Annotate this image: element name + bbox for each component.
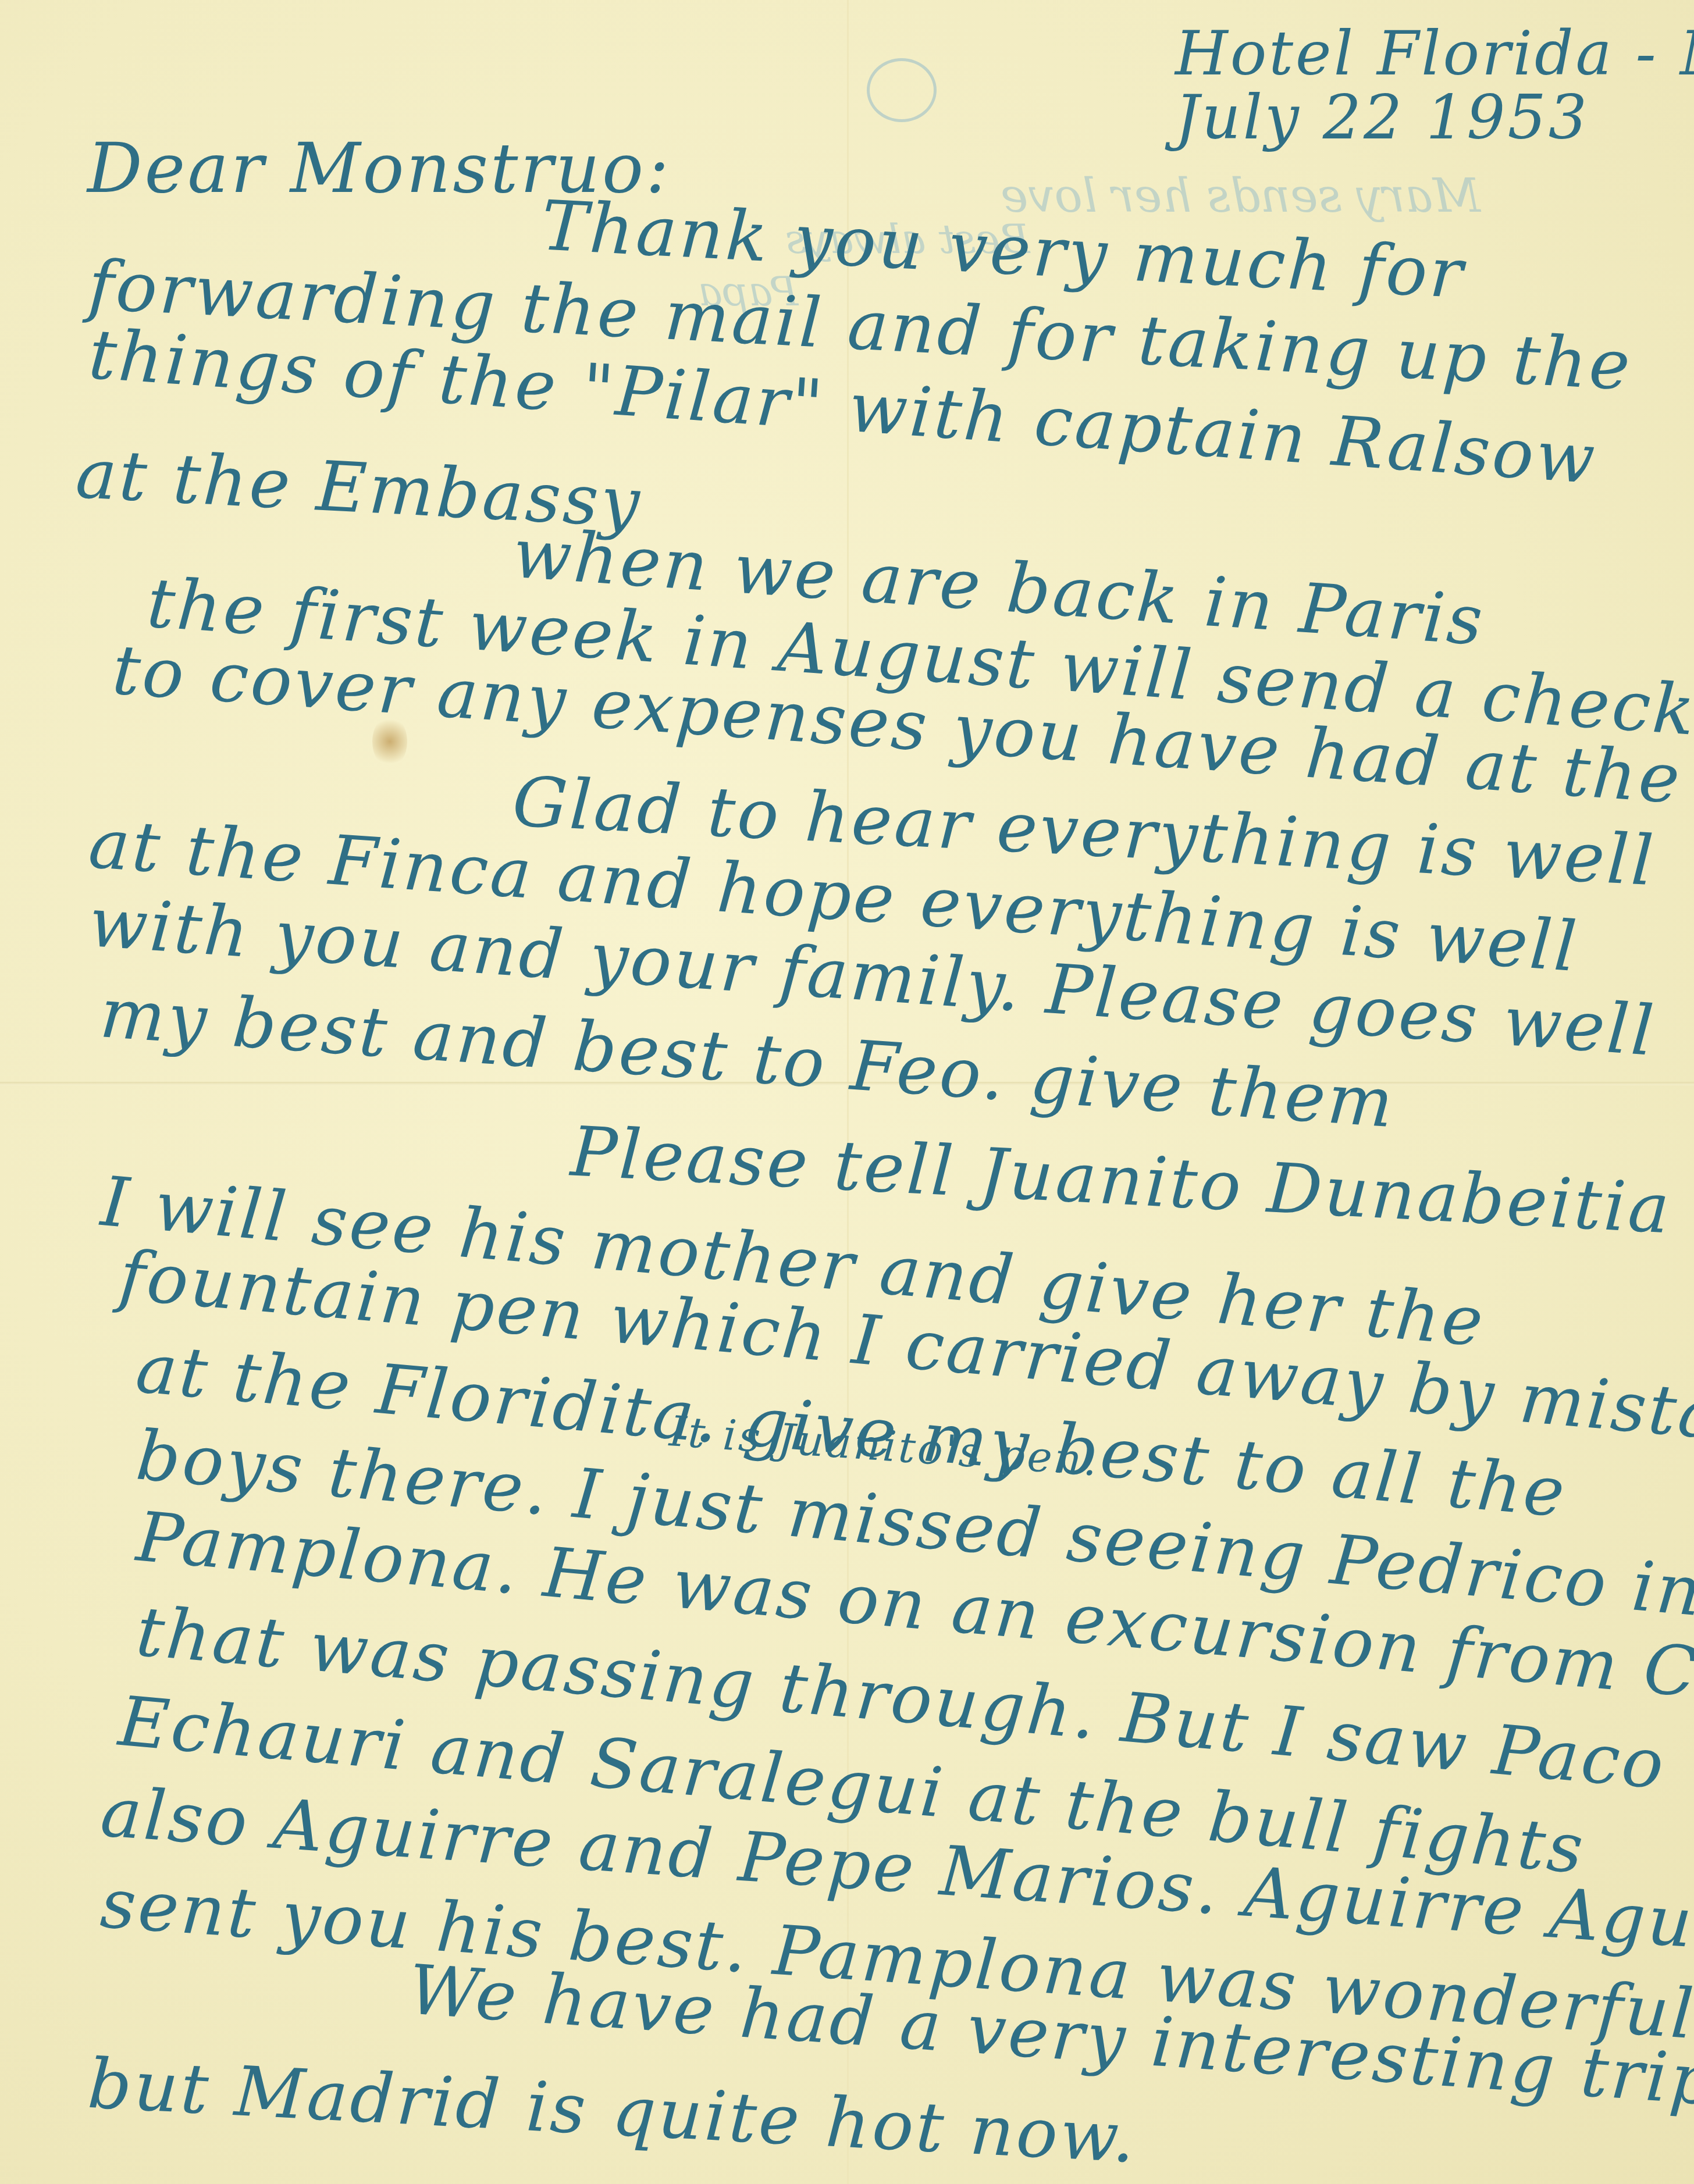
header-location: Hotel Florida - Madrid (1175, 23, 1694, 84)
letter-page: Hotel Florida - Madrid July 22 1953 Mary… (0, 0, 1694, 2184)
header-date: July 22 1953 (1175, 87, 1589, 148)
stamp-mark (867, 58, 937, 122)
